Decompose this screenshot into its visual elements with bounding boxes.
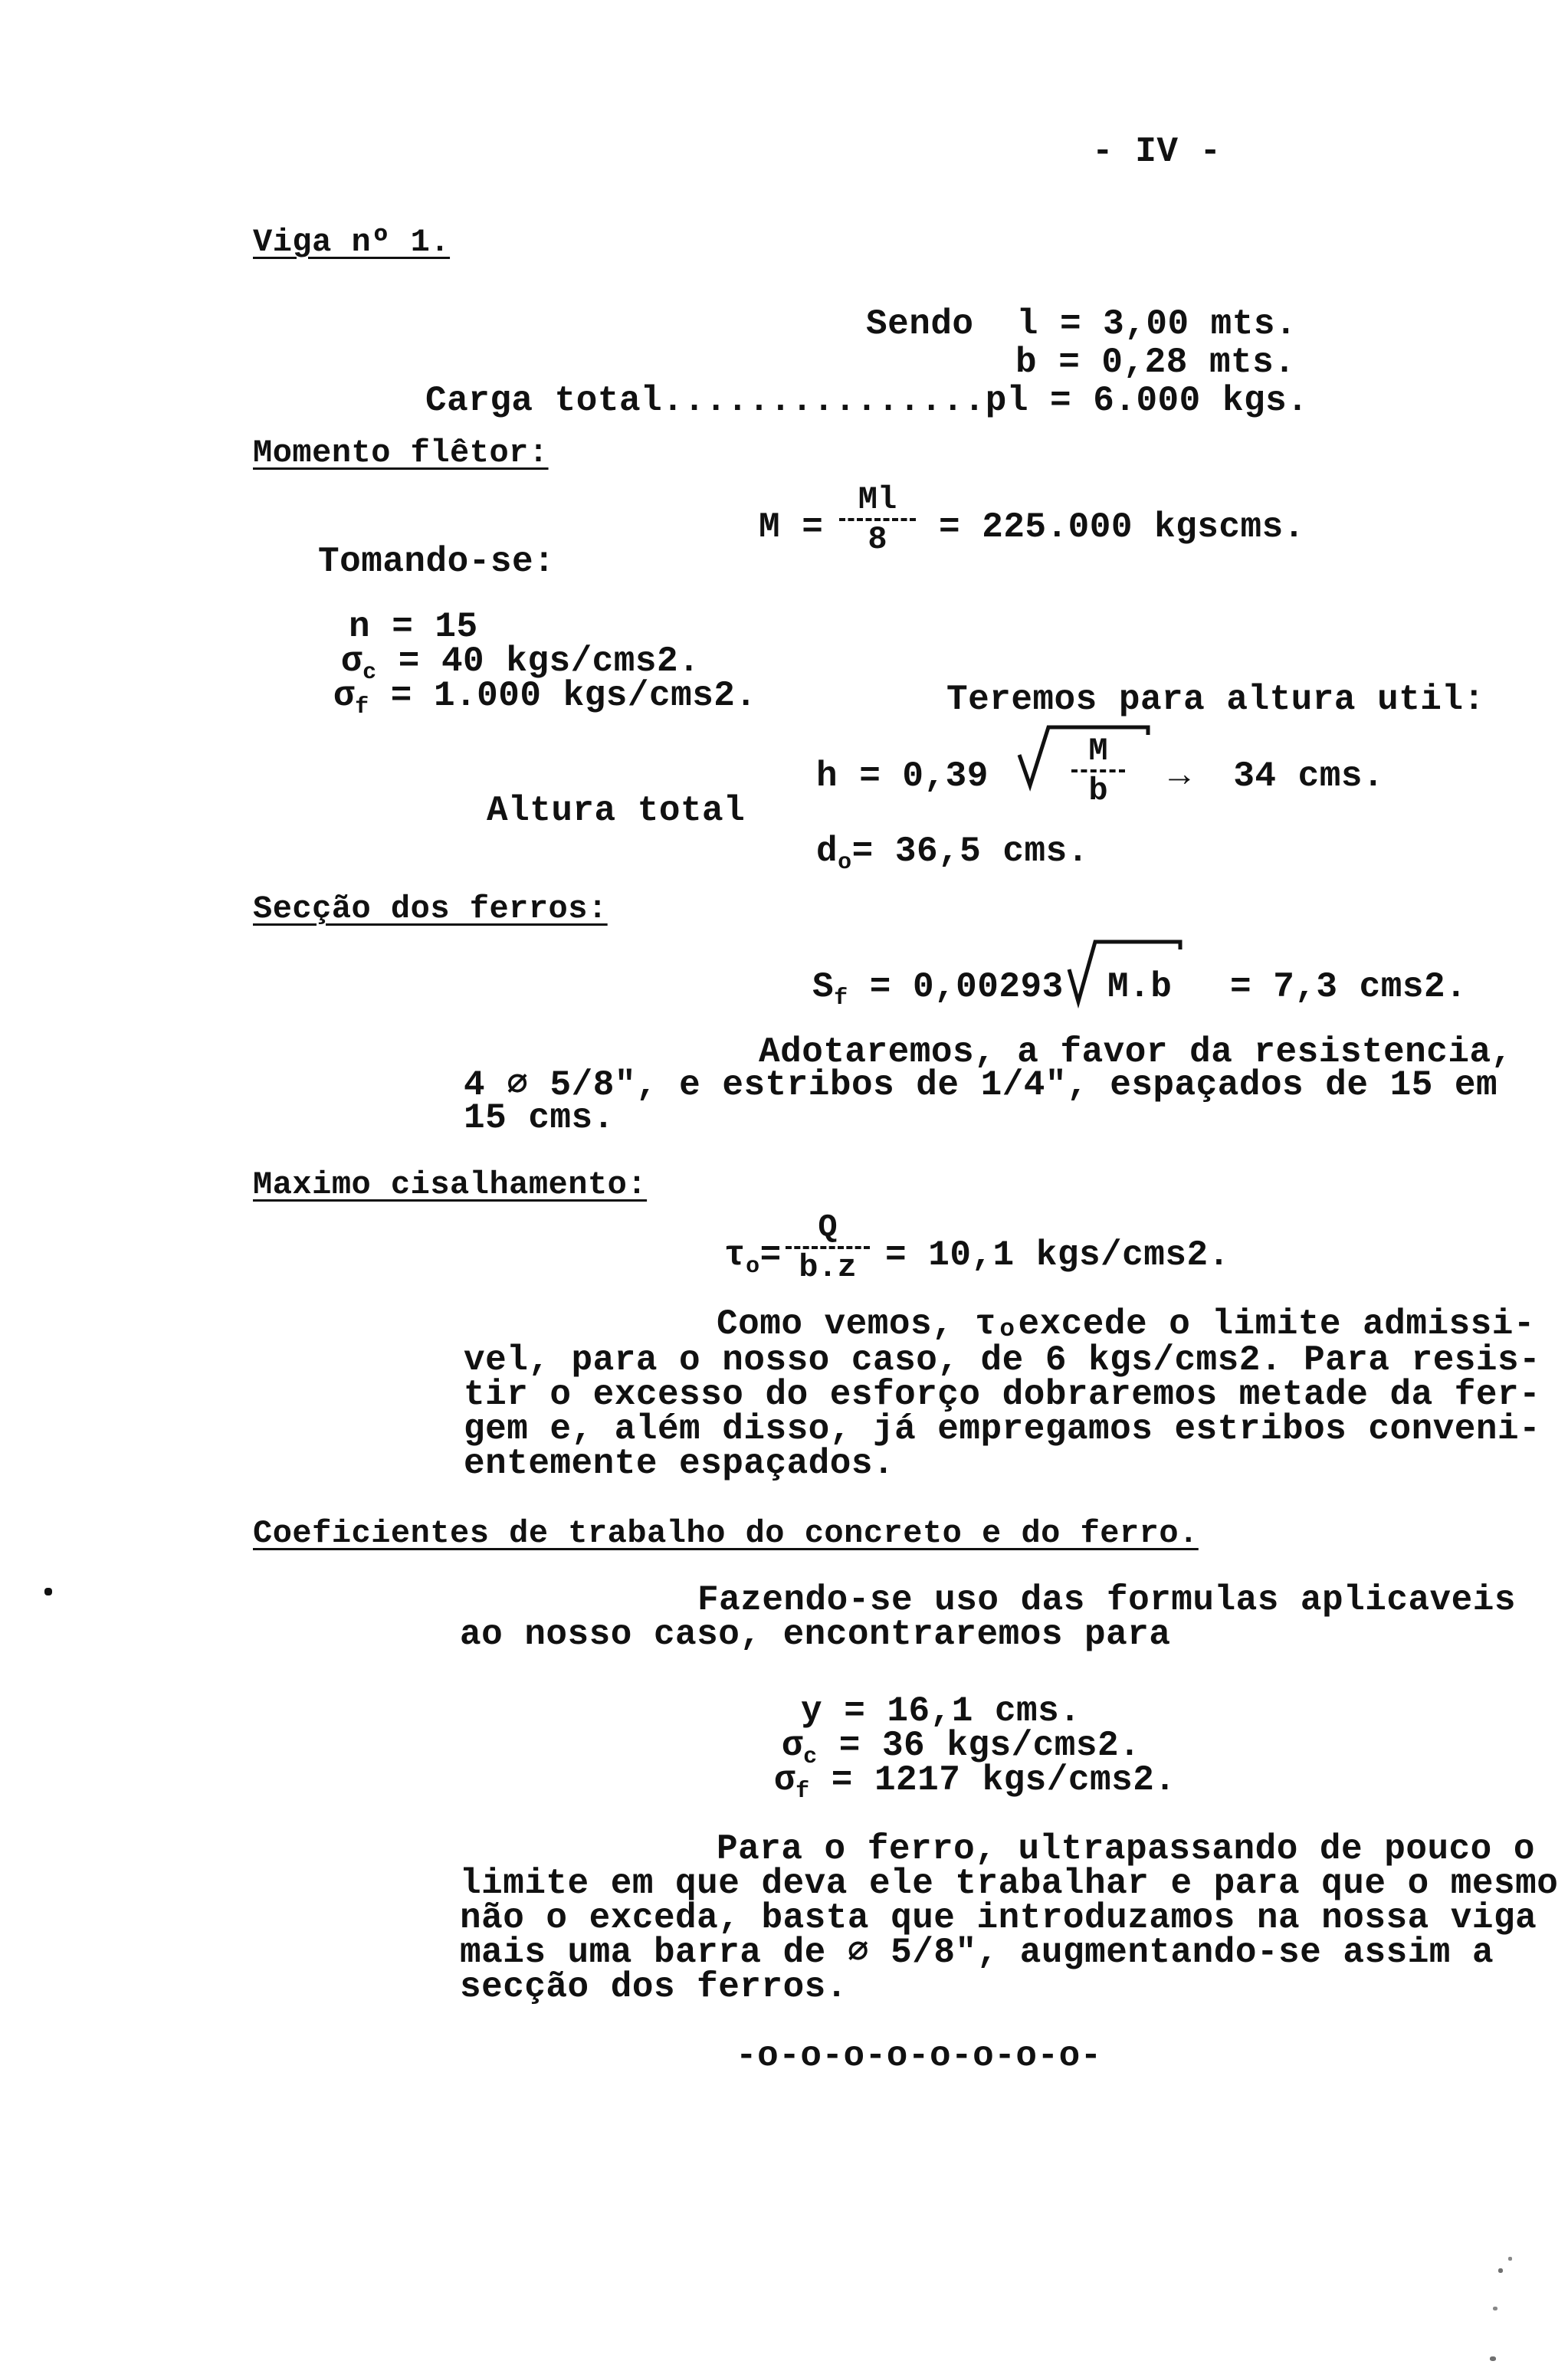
carga-line: Carga total...............pl = 6.000 kgs… bbox=[425, 383, 1308, 418]
h-formula-lhs: h = 0,39 bbox=[816, 759, 989, 794]
ferro-line-2: limite em que deva ele trabalhar e para … bbox=[460, 1866, 1558, 1901]
moment-fraction-numerator: Ml bbox=[839, 483, 916, 517]
sigma-f-row: σf = 1.000 kgs/cms2. bbox=[333, 678, 757, 719]
section-title-viga: Viga nº 1. bbox=[253, 226, 450, 258]
closing-rule: -o-o-o-o-o-o-o-o- bbox=[736, 2038, 1102, 2074]
scan-speck bbox=[1493, 2307, 1497, 2310]
h-fraction: M b bbox=[1071, 734, 1125, 808]
sf-radicand: M.b bbox=[1107, 969, 1172, 1005]
h-formula-rhs: → 34 cms. bbox=[1169, 759, 1384, 794]
altura-total-label: Altura total bbox=[487, 793, 745, 828]
cisalhamento-line-2: vel, para o nosso caso, de 6 kgs/cms2. P… bbox=[464, 1343, 1540, 1378]
tau-subscript: o bbox=[746, 1254, 760, 1280]
sf-coefficient: = 0,00293 bbox=[870, 967, 1064, 1007]
coef-sigma-f-row: σf = 1217 kgs/cms2. bbox=[774, 1763, 1176, 1803]
section-title-cisalhamento: Maximo cisalhamento: bbox=[253, 1169, 647, 1201]
tau-fraction-denominator: b.z bbox=[786, 1251, 870, 1284]
teremos-line: Teremos para altura util: bbox=[946, 682, 1485, 717]
h-fraction-numerator: M bbox=[1071, 734, 1125, 768]
ferro-line-1: Para o ferro, ultrapassando de pouco o bbox=[717, 1832, 1535, 1867]
cisalhamento-line-4: gem e, além disso, já empregamos estribo… bbox=[464, 1412, 1540, 1447]
coeficientes-intro-line-1: Fazendo-se uso das formulas aplicaveis bbox=[697, 1582, 1516, 1618]
d0-subscript: o bbox=[838, 850, 852, 876]
sigma-f-value: = 1.000 kgs/cms2. bbox=[391, 676, 757, 716]
ferro-line-3: não o exceda, basta que introduzamos na … bbox=[460, 1900, 1537, 1936]
sf-formula-lhs: Sf = 0,00293 bbox=[812, 969, 1064, 1010]
moment-formula-lhs: M = bbox=[759, 510, 823, 545]
tau-equals: = bbox=[760, 1235, 782, 1275]
d0-symbol: d bbox=[816, 831, 838, 871]
section-title-seccao: Secção dos ferros: bbox=[253, 893, 608, 925]
moment-formula-rhs: = 225.000 kgscms. bbox=[939, 510, 1305, 545]
tau-fraction: Q b.z bbox=[786, 1211, 870, 1284]
moment-fraction-denominator: 8 bbox=[839, 523, 916, 556]
d0-value: = 36,5 cms. bbox=[852, 831, 1089, 871]
tau-formula-lhs: τo= bbox=[724, 1238, 782, 1278]
moment-fraction: Ml 8 bbox=[839, 483, 916, 556]
h-fraction-denominator: b bbox=[1071, 774, 1125, 808]
cisalhamento-line-1: Como vemos, τₒexcede o limite admissi- bbox=[717, 1307, 1535, 1342]
ferro-line-5: secção dos ferros. bbox=[460, 1969, 848, 2005]
scan-speck bbox=[1498, 2268, 1503, 2273]
ferro-line-4: mais uma barra de ⌀ 5/8", augmentando-se… bbox=[460, 1935, 1494, 1970]
tau-formula-rhs: = 10,1 kgs/cms2. bbox=[885, 1238, 1230, 1273]
cisalhamento-line-3: tir o excesso do esforço dobraremos meta… bbox=[464, 1377, 1540, 1412]
tomando-label: Tomando-se: bbox=[318, 544, 555, 579]
document-page: - IV - Viga nº 1. Sendo l = 3,00 mts. b … bbox=[0, 0, 1568, 2371]
tau-symbol: τ bbox=[724, 1235, 746, 1275]
n-line: n = 15 bbox=[349, 609, 478, 644]
sf-symbol: S bbox=[812, 967, 834, 1007]
sigma-f-value: = 1217 kgs/cms2. bbox=[832, 1760, 1176, 1800]
b-line: b = 0,28 mts. bbox=[1015, 345, 1295, 380]
sigma-f-symbol: σ bbox=[774, 1760, 795, 1800]
d0-line: do= 36,5 cms. bbox=[816, 834, 1089, 874]
sigma-f-symbol: σ bbox=[333, 676, 355, 716]
sf-result: = 7,3 cms2. bbox=[1230, 969, 1467, 1005]
page-number: - IV - bbox=[1092, 134, 1222, 169]
scan-speck bbox=[1508, 2257, 1512, 2261]
cisalhamento-line-5: entemente espaçados. bbox=[464, 1446, 894, 1481]
section-title-momento: Momento flêtor: bbox=[253, 437, 549, 469]
scan-speck bbox=[1490, 2356, 1496, 2361]
coeficientes-intro-line-2: ao nosso caso, encontraremos para bbox=[460, 1617, 1170, 1652]
adotaremos-line-3: 15 cms. bbox=[464, 1100, 615, 1136]
sf-subscript: f bbox=[834, 985, 848, 1012]
sigma-f-subscript: f bbox=[355, 694, 369, 720]
sigma-f-subscript: f bbox=[795, 1779, 810, 1805]
scan-speck bbox=[44, 1588, 52, 1595]
y-line: y = 16,1 cms. bbox=[801, 1694, 1081, 1729]
adotaremos-line-2: 4 ⌀ 5/8", e estribos de 1/4", espaçados … bbox=[464, 1067, 1497, 1103]
tau-fraction-numerator: Q bbox=[786, 1211, 870, 1245]
sendo-line: Sendo l = 3,00 mts. bbox=[866, 307, 1297, 342]
section-title-coeficientes: Coeficientes de trabalho do concreto e d… bbox=[253, 1517, 1199, 1550]
